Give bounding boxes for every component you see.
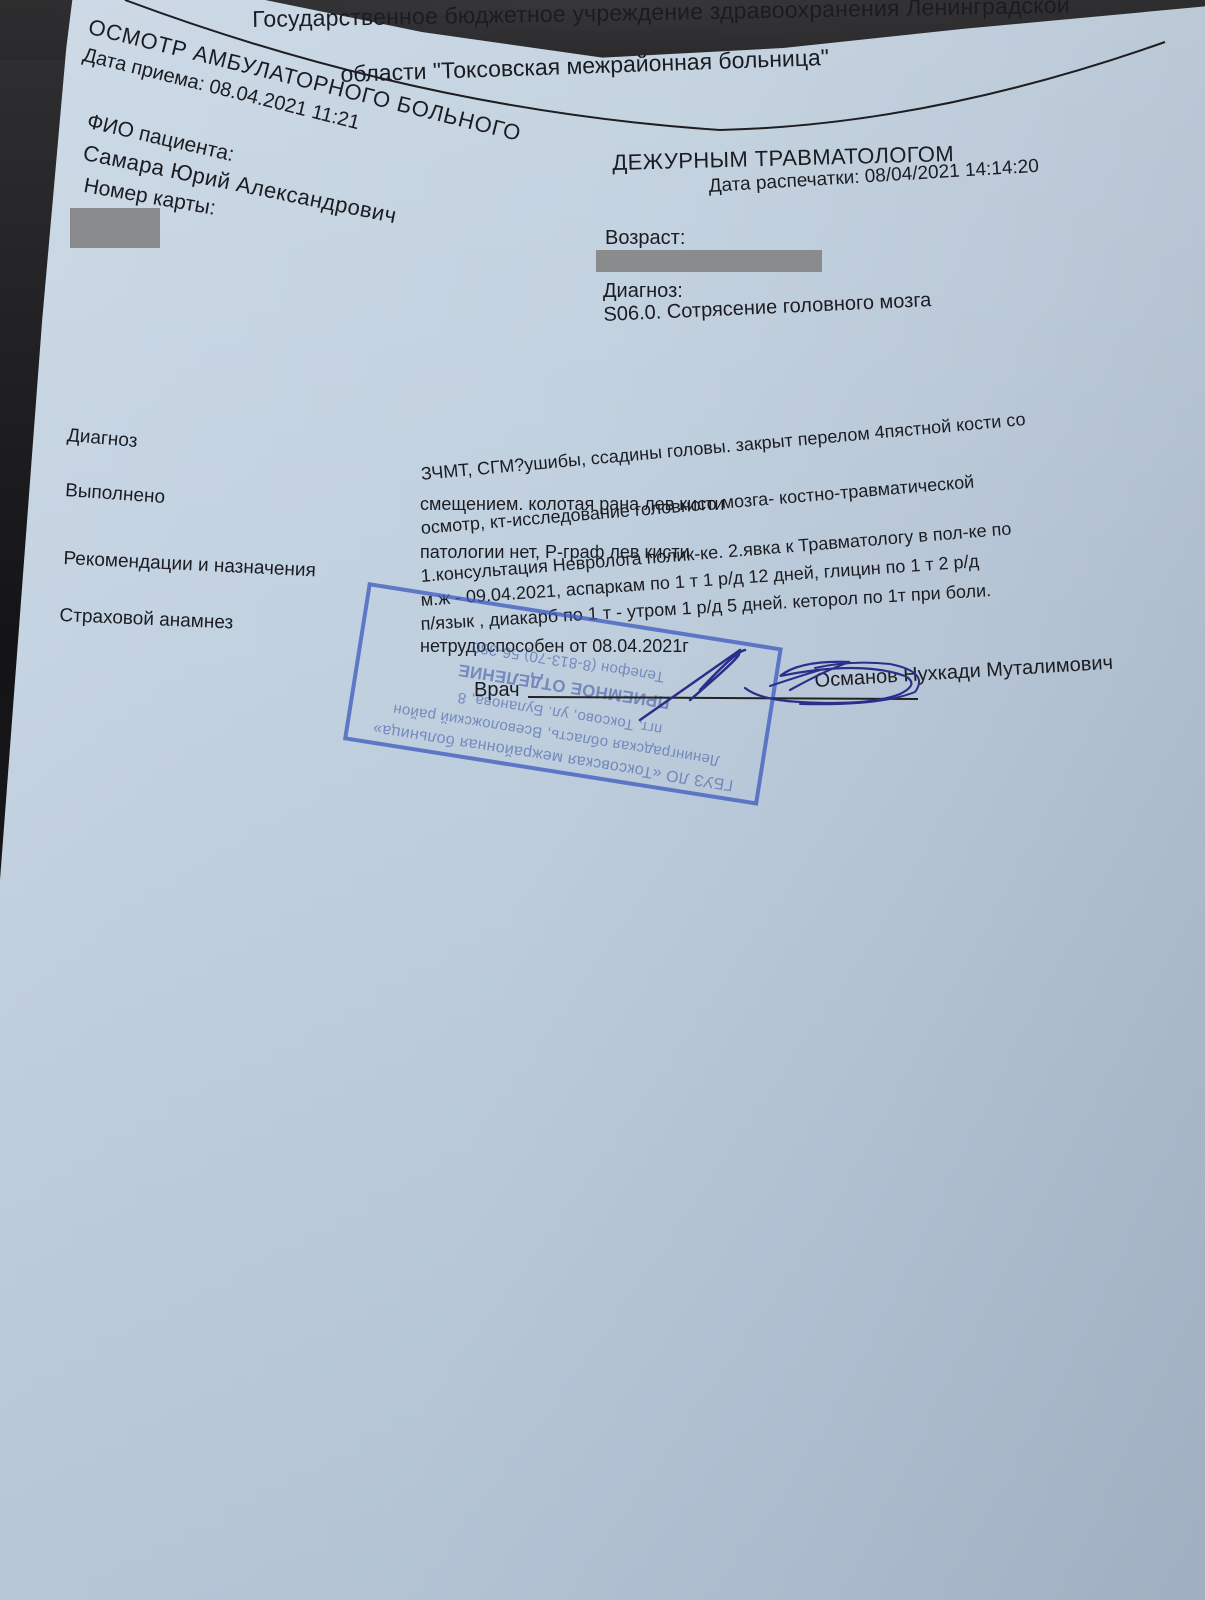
handwritten-signature [0,0,1205,800]
